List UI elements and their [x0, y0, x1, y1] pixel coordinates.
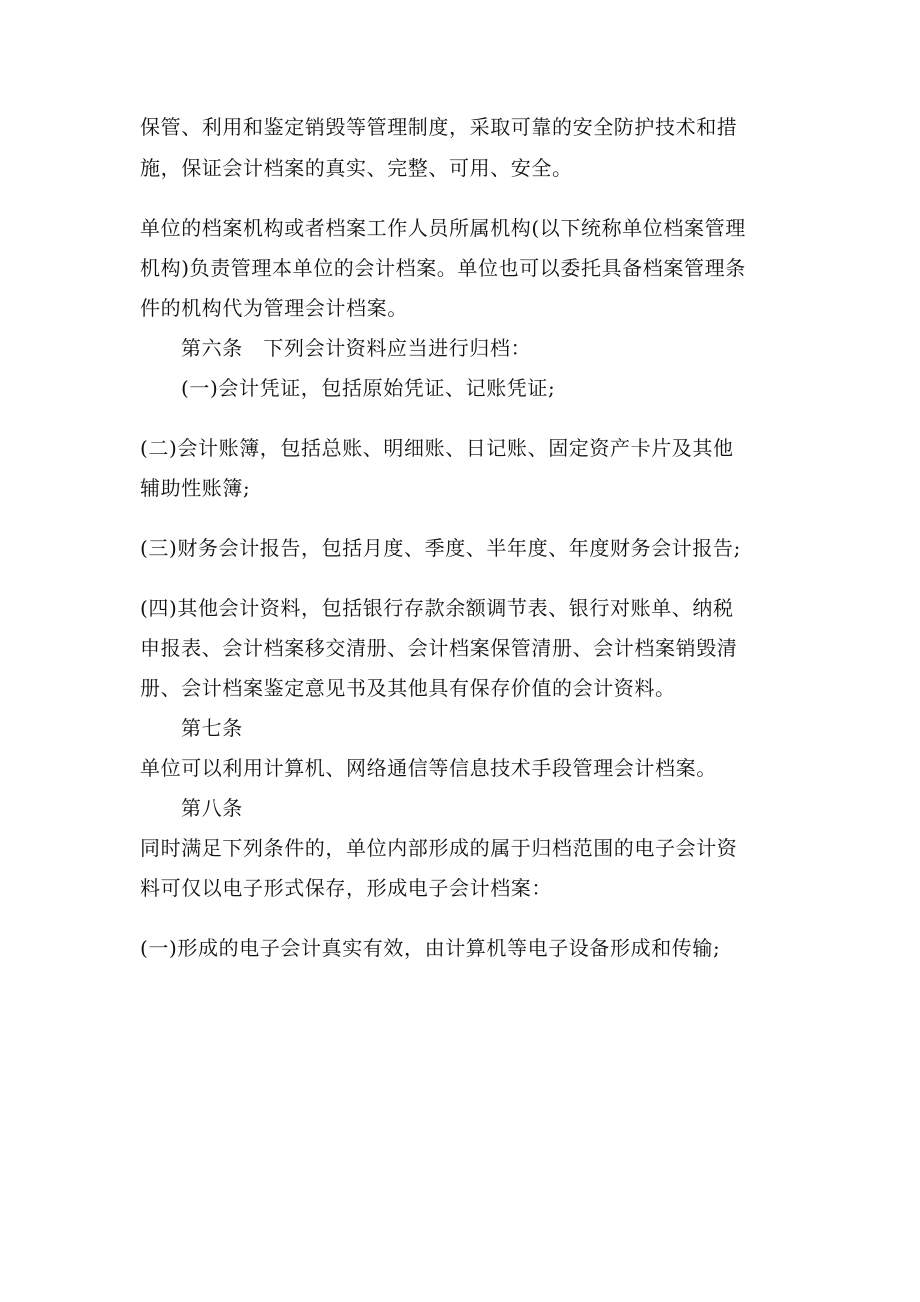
- paragraph-line: 辅助性账簿;: [140, 476, 250, 500]
- paragraph-line: 件的机构代为管理会计档案。: [140, 296, 408, 320]
- list-item: (一)形成的电子会计真实有效，由计算机等电子设备形成和传输;: [140, 936, 720, 960]
- paragraph-line: 机构)负责管理本单位的会计档案。单位也可以委托具备档案管理条: [140, 256, 746, 280]
- paragraph-line: 册、会计档案鉴定意见书及其他具有保存价值的会计资料。: [140, 676, 676, 700]
- list-item: (二)会计账簿，包括总账、明细账、日记账、固定资产卡片及其他: [140, 436, 734, 460]
- paragraph-line: 料可仅以电子形式保存，形成电子会计档案：: [140, 876, 552, 900]
- paragraph-line: 保管、利用和鉴定销毁等管理制度，采取可靠的安全防护技术和措: [140, 115, 737, 139]
- article-8-heading: 第八条: [181, 796, 243, 820]
- list-item: (四)其他会计资料，包括银行存款余额调节表、银行对账单、纳税: [140, 596, 734, 620]
- article-7-heading: 第七条: [181, 716, 243, 740]
- document-page: 保管、利用和鉴定销毁等管理制度，采取可靠的安全防护技术和措 施，保证会计档案的真…: [0, 0, 920, 1302]
- list-item: (一)会计凭证，包括原始凭证、记账凭证;: [181, 376, 555, 400]
- paragraph-line: 申报表、会计档案移交清册、会计档案保管清册、会计档案销毁清: [140, 636, 737, 660]
- paragraph-line: 单位可以利用计算机、网络通信等信息技术手段管理会计档案。: [140, 756, 717, 780]
- list-item: (三)财务会计报告，包括月度、季度、半年度、年度财务会计报告;: [140, 536, 741, 560]
- paragraph-line: 施，保证会计档案的真实、完整、可用、安全。: [140, 156, 573, 180]
- article-6-heading: 第六条 下列会计资料应当进行归档：: [181, 336, 531, 360]
- paragraph-line: 同时满足下列条件的，单位内部形成的属于归档范围的电子会计资: [140, 836, 737, 860]
- paragraph-line: 单位的档案机构或者档案工作人员所属机构(以下统称单位档案管理: [140, 216, 746, 240]
